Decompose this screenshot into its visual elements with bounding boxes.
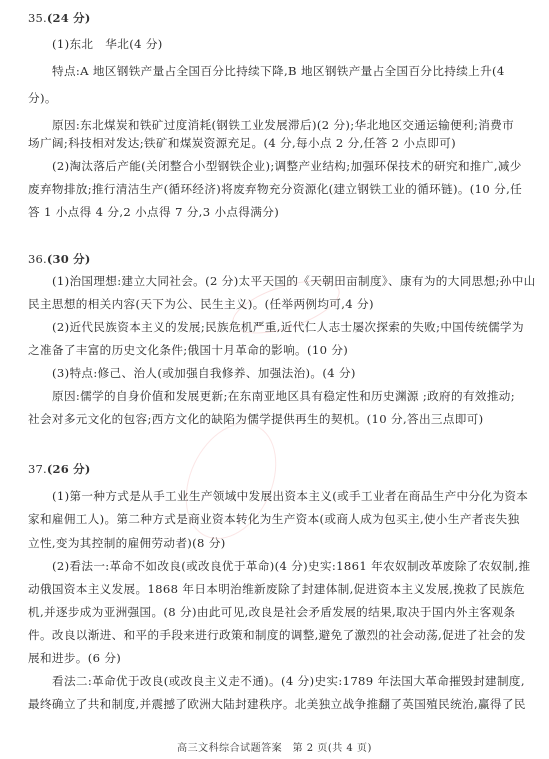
answer-line: 社会对多元文化的包容;西方文化的缺陷为儒学提供再生的契机。(10 分,答出三点即…: [28, 412, 484, 426]
answer-line: (2)近代民族资本主义的发展;民族危机严重,近代仁人志士屡次探索的失败;中国传统…: [52, 320, 524, 334]
answer-line: 特点:A 地区钢铁产量占全国百分比持续下降,B 地区钢铁产量占全国百分比持续上升…: [52, 64, 505, 78]
answer-line: (3)特点:修己、治人(或加强自我修养、加强法治)。(4 分): [52, 366, 356, 380]
question-number: 36.: [28, 252, 47, 266]
answer-line: (2)淘汰落后产能(关闭整合小型钢铁企业);调整产业结构;加强环保技术的研究和推…: [52, 159, 522, 173]
answer-line: 分)。: [28, 91, 57, 105]
answer-line: 民主思想的相关内容(天下为公、民生主义)。(任举两例均可,4 分): [28, 297, 374, 311]
answer-sheet-page: 35.(24 分) (1)东北 华北(4 分) 特点:A 地区钢铁产量占全国百分…: [0, 0, 549, 759]
answer-line: 家和雇佣工人)。第二种方式是商业资本转化为生产资本(或商人成为包买主,使小生产者…: [28, 512, 520, 526]
answer-line: 动俄国资本主义发展。1868 年日本明治维新废除了封建体制,促进资本主义发展,挽…: [28, 582, 525, 596]
question-number: 35.: [28, 11, 47, 25]
question-score: (24 分): [47, 11, 91, 25]
question-score: (30 分): [47, 252, 91, 266]
answer-line: (1)治国理想:建立大同社会。(2 分)太平天国的《天朝田亩制度》、康有为的大同…: [52, 274, 536, 288]
answer-line: (2)看法一:革命不如改良(或改良优于革命)(4 分)史实:1861 年农奴制改…: [52, 559, 530, 573]
answer-line: 废弃物排放;推行清洁生产(循环经济)将废弃物充分资源化(建立钢铁工业的循环链)。…: [28, 182, 522, 196]
answer-line: 原因:儒学的自身价值和发展更新;在东南亚地区具有稳定性和历史渊源 ;政府的有效推…: [52, 389, 515, 403]
answer-line: (1)东北 华北(4 分): [52, 37, 163, 51]
question-number: 37.: [28, 462, 47, 476]
answer-line: (1)第一种方式是从手工业生产领域中发展出资本主义(或手工业者在商品生产中分化为…: [52, 489, 528, 503]
answer-line: 机,并逐步成为亚洲强国。(8 分)由此可见,改良是社会矛盾发展的结果,取决于国内…: [28, 605, 515, 619]
question-score: (26 分): [47, 462, 91, 476]
answer-line: 立性,变为其控制的雇佣劳动者)(8 分): [28, 536, 226, 550]
answer-line: 之准备了丰富的历史文化条件;俄国十月革命的影响。(10 分): [28, 343, 348, 357]
question-37-heading: 37.(26 分): [28, 461, 90, 477]
question-36-heading: 36.(30 分): [28, 251, 90, 267]
answer-line: 展和进步。(6 分): [28, 651, 121, 665]
answer-line: 场广阔;科技相对发达;铁矿和煤炭资源充足。(4 分,每小点 2 分,任答 2 小…: [28, 136, 456, 150]
question-35-heading: 35.(24 分): [28, 10, 90, 26]
page-footer: 高三文科综合试题答案 第 2 页(共 4 页): [0, 739, 549, 754]
answer-line: 原因:东北煤炭和铁矿过度消耗(钢铁工业发展滞后)(2 分);华北地区交通运输便利…: [52, 118, 514, 132]
answer-line: 件。改良以渐进、和平的手段来进行政策和制度的调整,避免了激烈的社会动荡,促进了社…: [28, 628, 526, 642]
stamp-watermark: [168, 408, 294, 553]
answer-line: 答 1 小点得 4 分,2 小点得 7 分,3 小点得满分): [28, 205, 279, 219]
answer-line: 看法二:革命优于改良(或改良主义走不通)。(4 分)史实:1789 年法国大革命…: [52, 674, 525, 688]
answer-line: 最终确立了共和制度,并震撼了欧洲大陆封建秩序。北美独立战争推翻了英国殖民统治,赢…: [28, 697, 526, 711]
